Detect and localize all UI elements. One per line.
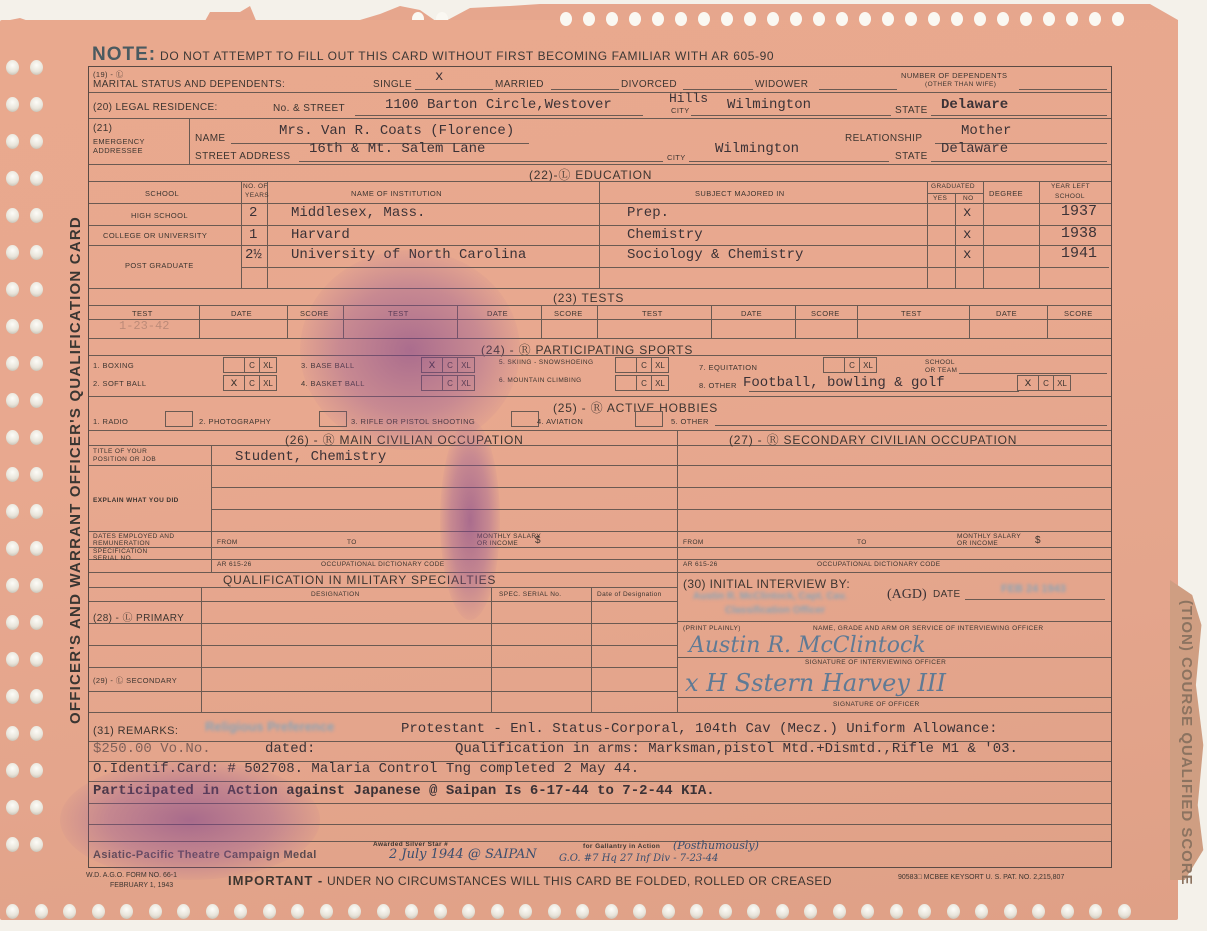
punch-hole	[63, 904, 76, 919]
col-year-left: YEAR LEFT	[1051, 183, 1090, 190]
dependents-label: NUMBER OF DEPENDENTS	[901, 71, 1007, 80]
col-graduated: GRADUATED	[931, 183, 975, 190]
sport-checkbox[interactable]: CXL	[421, 375, 475, 391]
hobby-checkbox[interactable]	[635, 411, 663, 427]
punch-hole	[1089, 12, 1101, 26]
emergency-street-label: STREET ADDRESS	[195, 151, 290, 162]
addressee-label: ADDRESSEE	[93, 146, 143, 155]
punch-hole	[859, 12, 871, 26]
punch-hole	[206, 904, 219, 919]
hobby-label: 1. RADIO	[93, 417, 128, 426]
emergency-row: (21) EMERGENCY ADDRESSEE NAME Mrs. Van R…	[89, 119, 1111, 165]
class-xl[interactable]: XL	[457, 376, 474, 390]
from-label: FROM	[217, 539, 238, 546]
single-label: SINGLE	[373, 79, 412, 90]
school-level: COLLEGE OR UNIVERSITY	[103, 231, 207, 240]
punch-hole	[6, 356, 19, 371]
punch-hole	[1089, 904, 1102, 919]
secondary-occupation-heading: (27) - Ⓡ SECONDARY CIVILIAN OCCUPATION	[729, 431, 1017, 448]
dictionary-code-label: OCCUPATIONAL DICTIONARY CODE	[817, 561, 941, 568]
punch-hole	[861, 904, 874, 919]
sport-mark[interactable]: x	[1018, 376, 1038, 390]
class-xl[interactable]: XL	[651, 376, 668, 390]
class-xl[interactable]: XL	[1053, 376, 1070, 390]
punch-hole	[30, 504, 43, 519]
graduated-no-mark: x	[963, 205, 971, 221]
punch-hole	[30, 726, 43, 741]
patent-notice: 90583□ MCBEE KEYSORT U. S. PAT. NO. 2,21…	[898, 874, 1064, 881]
punch-hole	[291, 904, 304, 919]
main-occupation-heading: (26) - Ⓡ MAIN CIVILIAN OCCUPATION	[285, 431, 524, 448]
col-yes: YES	[933, 195, 947, 202]
punch-hole	[30, 652, 43, 667]
punch-hole	[6, 430, 19, 445]
class-xl[interactable]: XL	[457, 358, 474, 372]
punch-hole	[6, 504, 19, 519]
form-number: W.D. A.G.O. FORM NO. 66-1	[86, 872, 177, 879]
military-heading: QUALIFICATION IN MILITARY SPECIALTIES	[223, 573, 496, 587]
year-left-value: 1938	[1061, 225, 1097, 242]
city-label: CITY	[671, 106, 690, 115]
sport-mark[interactable]	[422, 376, 442, 390]
emergency-state-value: Delaware	[941, 141, 1008, 157]
side-tab-text: (TION) COURSE QUALIFIED SCORE	[1178, 600, 1195, 886]
punch-hole	[6, 245, 19, 260]
test-col-header: TEST	[132, 309, 153, 318]
institution-value: University of North Carolina	[291, 247, 526, 263]
hobby-checkbox[interactable]	[319, 411, 347, 427]
punch-hole	[35, 904, 48, 919]
punch-hole	[30, 97, 43, 112]
punch-hole	[576, 904, 589, 919]
punch-hole	[583, 12, 595, 26]
serial-label: SERIAL NO.	[93, 555, 133, 562]
punch-hole	[1061, 904, 1074, 919]
agd-mark: (AGD)	[887, 587, 927, 603]
school-team-field[interactable]	[959, 363, 1107, 374]
sport-label: 4. BASKET BALL	[301, 379, 365, 388]
sport-checkbox[interactable]: xCXL	[223, 375, 277, 391]
punch-hole	[698, 12, 710, 26]
campaign-medal: Asiatic-Pacific Theatre Campaign Medal	[93, 849, 317, 861]
punch-hole	[6, 319, 19, 334]
punch-hole	[690, 904, 703, 919]
punch-hole	[629, 12, 641, 26]
emergency-name-value: Mrs. Van R. Coats (Florence)	[279, 123, 514, 139]
year-left-value: 1941	[1061, 245, 1097, 262]
punch-hole	[6, 60, 19, 75]
punch-hole	[92, 904, 105, 919]
remarks-line: O.Identif.Card: # 502708. Malaria Contro…	[93, 761, 639, 777]
note-label: NOTE:	[92, 44, 156, 65]
ar-label: AR 615-26	[683, 561, 718, 568]
job-title-value: Student, Chemistry	[235, 449, 386, 465]
punch-hole	[744, 12, 756, 26]
punch-hole	[30, 615, 43, 630]
explain-label: EXPLAIN WHAT YOU DID	[93, 497, 179, 504]
salary-label: MONTHLY SALARY	[957, 533, 1021, 540]
punch-hole	[1112, 12, 1124, 26]
dictionary-code-label: OCCUPATIONAL DICTIONARY CODE	[321, 561, 445, 568]
col-institution: NAME OF INSTITUTION	[351, 189, 442, 198]
punch-hole	[519, 904, 532, 919]
single-field[interactable]	[415, 77, 493, 90]
punch-hole	[6, 171, 19, 186]
punch-hole	[30, 319, 43, 334]
sport-mark[interactable]	[616, 376, 636, 390]
col-subject: SUBJECT MAJORED IN	[695, 189, 785, 198]
single-value: x	[435, 69, 443, 85]
relationship-value: Mother	[961, 123, 1011, 139]
punch-hole	[975, 904, 988, 919]
punch-hole	[747, 904, 760, 919]
class-xl[interactable]: XL	[259, 358, 276, 372]
remarks-line-kia: Participated in Action against Japanese …	[93, 783, 715, 799]
education-section: (22)-Ⓛ EDUCATION SCHOOL NO. OF YEARS NAM…	[89, 165, 1111, 289]
punch-hole	[997, 12, 1009, 26]
school-level: POST GRADUATE	[125, 261, 194, 270]
marital-row: (19) - Ⓛ MARITAL STATUS AND DEPENDENTS: …	[89, 67, 1111, 93]
punch-hole	[30, 763, 43, 778]
punch-hole	[6, 726, 19, 741]
punch-hole	[30, 171, 43, 186]
test-col-header: SCORE	[554, 309, 583, 318]
punch-hole	[675, 12, 687, 26]
punch-hole	[120, 904, 133, 919]
city-value: Wilmington	[727, 97, 811, 113]
remarks-line: Qualification in arms: Marksman,pistol M…	[455, 741, 1018, 757]
sport-checkbox[interactable]: CXL	[223, 357, 277, 373]
test-col-header: SCORE	[1064, 309, 1093, 318]
punch-hole	[662, 904, 675, 919]
years-value: 2½	[245, 247, 262, 263]
punch-hole	[836, 12, 848, 26]
class-c[interactable]: C	[844, 358, 859, 372]
divorced-label: DIVORCED	[621, 79, 677, 90]
class-c[interactable]: C	[442, 358, 457, 372]
ar-label: AR 615-26	[217, 561, 252, 568]
subject-value: Prep.	[627, 205, 669, 221]
sport-label: 3. BASE BALL	[301, 361, 355, 370]
interviewer-signature-label: SIGNATURE OF INTERVIEWING OFFICER	[805, 659, 946, 666]
punch-hole	[234, 904, 247, 919]
class-c[interactable]: C	[244, 358, 259, 372]
punch-hole	[890, 904, 903, 919]
military-interview-section: QUALIFICATION IN MILITARY SPECIALTIES DE…	[89, 573, 1111, 713]
to-label: TO	[347, 539, 357, 546]
sport-label: 6. MOUNTAIN CLIMBING	[499, 377, 582, 384]
emergency-state-label: STATE	[895, 151, 928, 162]
dollar-sign: $	[535, 535, 541, 546]
marital-label: MARITAL STATUS AND DEPENDENTS:	[93, 79, 285, 90]
emergency-city-label: CITY	[667, 153, 686, 162]
class-c[interactable]: C	[1038, 376, 1053, 390]
interview-heading: (30) INITIAL INTERVIEW BY:	[683, 577, 850, 591]
hobby-label: 5. OTHER	[671, 417, 709, 426]
sports-section: (24) - Ⓡ PARTICIPATING SPORTS 1. BOXINGC…	[89, 339, 1111, 397]
punch-hole	[377, 904, 390, 919]
test-col-header: DATE	[487, 309, 508, 318]
punch-hole	[947, 904, 960, 919]
punch-hole	[6, 578, 19, 593]
divorced-field[interactable]	[683, 77, 753, 90]
widower-field[interactable]	[819, 77, 897, 90]
punch-hole	[6, 541, 19, 556]
dependents-sublabel: (OTHER THAN WIFE)	[925, 81, 996, 88]
secondary-label: (29) - Ⓛ SECONDARY	[93, 675, 177, 686]
remuneration-label: REMUNERATION	[93, 540, 150, 547]
punch-hole	[1004, 904, 1017, 919]
col-date-designation: Date of Designation	[597, 591, 662, 598]
punch-hole	[434, 904, 447, 919]
print-plainly-label: (PRINT PLAINLY)	[683, 625, 741, 632]
punch-hole	[263, 904, 276, 919]
col-year-left-2: SCHOOL	[1055, 193, 1085, 200]
class-c[interactable]: C	[636, 376, 651, 390]
punch-hole	[30, 430, 43, 445]
relationship-label: RELATIONSHIP	[845, 133, 922, 144]
interviewer-signature: Austin R. McClintock	[689, 633, 926, 658]
class-c[interactable]: C	[636, 358, 651, 372]
punch-hole	[1066, 12, 1078, 26]
graduated-no-mark: x	[963, 227, 971, 243]
name-label: NAME	[195, 133, 226, 144]
title-label: TITLE OF YOUR	[93, 448, 147, 455]
test-col-header: SCORE	[300, 309, 329, 318]
emergency-label: EMERGENCY	[93, 137, 145, 146]
state-label: STATE	[895, 105, 928, 116]
punch-hole	[548, 904, 561, 919]
col-degree: DEGREE	[989, 189, 1023, 198]
punch-hole	[30, 134, 43, 149]
punch-hole	[177, 904, 190, 919]
punch-hole	[833, 904, 846, 919]
hobby-checkbox[interactable]	[511, 411, 539, 427]
hobby-label: 4. AVIATION	[537, 417, 583, 426]
street-label: No. & STREET	[273, 103, 345, 114]
punch-hole	[790, 12, 802, 26]
sport-mark[interactable]	[824, 358, 844, 372]
col-spec-serial: SPEC. SERIAL No.	[499, 591, 562, 598]
sport-checkbox[interactable]: xCXL	[421, 357, 475, 373]
sport-checkbox[interactable]: CXL	[615, 357, 669, 373]
officer-signature: x H Sstern Harvey III	[685, 669, 946, 697]
dates-label: DATES EMPLOYED AND	[93, 533, 175, 540]
punch-hole	[30, 356, 43, 371]
punch-hole	[320, 904, 333, 919]
test-col-header: DATE	[741, 309, 762, 318]
punch-hole	[462, 904, 475, 919]
punch-hole	[30, 837, 43, 852]
tests-heading: (23) TESTS	[553, 291, 624, 305]
institution-value: Middlesex, Mass.	[291, 205, 425, 221]
punch-hole	[30, 541, 43, 556]
date-label: DATE	[933, 589, 961, 600]
punch-hole	[974, 12, 986, 26]
sport-checkbox[interactable]: xCXL	[1017, 375, 1071, 391]
residence-label: (20) LEGAL RESIDENCE:	[93, 102, 218, 113]
remarks-line: Protestant - Enl. Status-Corporal, 104th…	[401, 721, 998, 737]
faint-test-date: 1-23-42	[119, 319, 169, 333]
note-text: DO NOT ATTEMPT TO FILL OUT THIS CARD WIT…	[160, 49, 774, 63]
interview-date-value: FEB 24 1943	[1001, 583, 1066, 595]
from-label: FROM	[683, 539, 704, 546]
class-xl[interactable]: XL	[259, 376, 276, 390]
punch-hole	[776, 904, 789, 919]
test-col-header: TEST	[642, 309, 663, 318]
general-order-ref: G.O. #7 Hq 27 Inf Div - 7-23-44	[559, 853, 718, 864]
punch-hole	[719, 904, 732, 919]
salary-label-2: OR INCOME	[957, 540, 998, 547]
punch-hole	[30, 578, 43, 593]
class-c[interactable]: C	[244, 376, 259, 390]
form-grid: (19) - Ⓛ MARITAL STATUS AND DEPENDENTS: …	[88, 66, 1112, 868]
punch-hole	[605, 904, 618, 919]
primary-label: (28) - Ⓛ PRIMARY	[93, 609, 184, 624]
punch-hole	[491, 904, 504, 919]
important-text: UNDER NO CIRCUMSTANCES WILL THIS CARD BE…	[327, 874, 832, 888]
subject-value: Sociology & Chemistry	[627, 247, 803, 263]
sport-label: 2. SOFT BALL	[93, 379, 146, 388]
uniform-allowance-value: $250.00 Vo.No.	[93, 741, 211, 757]
punch-hole	[6, 467, 19, 482]
punch-hole	[6, 837, 19, 852]
col-years: NO. OF	[243, 183, 268, 190]
form-date: FEBRUARY 1, 1943	[110, 882, 173, 889]
emergency-street-value: 16th & Mt. Salem Lane	[309, 141, 485, 157]
name-grade-label: NAME, GRADE AND ARM OR SERVICE OF INTERV…	[813, 625, 1043, 632]
class-c[interactable]: C	[442, 376, 457, 390]
field-number: (21)	[93, 123, 112, 134]
punch-hole	[560, 12, 572, 26]
tests-section: (23) TESTS TESTDATESCORETESTDATESCORETES…	[89, 289, 1111, 339]
hobbies-section: (25) - Ⓡ ACTIVE HOBBIES 1. RADIO2. PHOTO…	[89, 397, 1111, 431]
punch-hole	[721, 12, 733, 26]
silver-star-value: 2 July 1944 @ SAIPAN	[389, 847, 537, 862]
punch-hole	[149, 904, 162, 919]
punch-hole	[1032, 904, 1045, 919]
title-label-2: POSITION OR JOB	[93, 456, 156, 463]
graduated-no-mark: x	[963, 247, 971, 263]
subject-value: Chemistry	[627, 227, 703, 243]
school-level: HIGH SCHOOL	[131, 211, 188, 220]
hobby-label: 2. PHOTOGRAPHY	[199, 417, 271, 426]
emergency-city-value: Wilmington	[715, 141, 799, 157]
interviewer-stamp-title: Classification Officer	[725, 605, 825, 616]
punch-hole	[905, 12, 917, 26]
punch-hole	[1020, 12, 1032, 26]
spec-label: SPECIFICATION	[93, 548, 148, 555]
punch-hole	[405, 904, 418, 919]
punch-hole	[348, 904, 361, 919]
officer-signature-label: SIGNATURE OF OFFICER	[833, 701, 920, 708]
gallantry-label: for Gallantry in Action	[583, 843, 660, 850]
test-col-header: DATE	[231, 309, 252, 318]
punch-hole	[652, 12, 664, 26]
punch-hole	[6, 208, 19, 223]
sport-mark[interactable]: x	[224, 376, 244, 390]
punch-hole	[6, 689, 19, 704]
dated-label: dated:	[265, 741, 315, 757]
institution-value: Harvard	[291, 227, 350, 243]
punch-hole	[6, 800, 19, 815]
school-team-label-2: OR TEAM	[925, 367, 957, 374]
note-banner: NOTE: DO NOT ATTEMPT TO FILL OUT THIS CA…	[92, 44, 774, 66]
punch-hole	[6, 282, 19, 297]
dependents-field[interactable]	[1019, 77, 1107, 90]
punch-hole	[30, 245, 43, 260]
class-xl[interactable]: XL	[859, 358, 876, 372]
years-value: 2	[249, 205, 257, 221]
other-hobby-field[interactable]	[715, 415, 1107, 426]
punch-hole	[30, 689, 43, 704]
sport-label: 5. SKIING - SNOWSHOEING	[499, 359, 593, 366]
sport-checkbox[interactable]: CXL	[615, 375, 669, 391]
punch-hole	[813, 12, 825, 26]
sport-mark[interactable]	[616, 358, 636, 372]
punch-hole	[30, 282, 43, 297]
year-left-value: 1937	[1061, 203, 1097, 220]
dollar-sign: $	[1035, 535, 1041, 546]
state-value: Delaware	[941, 97, 1008, 113]
sport-label: 8. OTHER	[699, 381, 737, 390]
important-notice: IMPORTANT - UNDER NO CIRCUMSTANCES WILL …	[228, 873, 832, 888]
sport-mark[interactable]	[224, 358, 244, 372]
punch-hole	[30, 800, 43, 815]
punch-hole	[928, 12, 940, 26]
punch-hole	[918, 904, 931, 919]
occupation-section: (26) - Ⓡ MAIN CIVILIAN OCCUPATION (27) -…	[89, 431, 1111, 573]
to-label: TO	[857, 539, 867, 546]
remarks-label: (31) REMARKS:	[93, 725, 178, 737]
test-col-header: TEST	[388, 309, 409, 318]
residence-row: (20) LEGAL RESIDENCE: No. & STREET 1100 …	[89, 93, 1111, 119]
years-value: 1	[249, 227, 257, 243]
gallantry-value: (Posthumously)	[673, 839, 759, 852]
punch-hole	[6, 763, 19, 778]
interviewer-stamp: Austin R. McClintock, Capt. Cav.	[693, 591, 847, 602]
punch-hole	[767, 12, 779, 26]
school-team-label: SCHOOL	[925, 359, 955, 366]
other-sport-value: Football, bowling & golf	[743, 375, 945, 391]
hobby-label: 3. RIFLE OR PISTOL SHOOTING	[351, 417, 475, 426]
punch-hole	[6, 904, 19, 919]
sport-label: 7. EQUITATION	[699, 363, 757, 372]
hobby-checkbox[interactable]	[165, 411, 193, 427]
married-field[interactable]	[551, 77, 619, 90]
remarks-section: (31) REMARKS: Religious Preference Prote…	[89, 713, 1111, 825]
col-years-2: YEARS	[245, 192, 269, 199]
punch-hole	[1043, 12, 1055, 26]
sport-checkbox[interactable]: CXL	[823, 357, 877, 373]
punch-hole	[6, 652, 19, 667]
punch-hole	[30, 208, 43, 223]
test-col-header: DATE	[996, 309, 1017, 318]
salary-label: MONTHLY SALARY	[477, 533, 541, 540]
street-value: 1100 Barton Circle,Westover	[385, 97, 612, 113]
test-col-header: SCORE	[811, 309, 840, 318]
punch-hole	[30, 60, 43, 75]
punch-hole	[6, 134, 19, 149]
punch-hole	[1118, 904, 1131, 919]
important-label: IMPORTANT -	[228, 873, 323, 888]
col-no: NO	[963, 195, 974, 202]
col-school: SCHOOL	[145, 189, 179, 198]
class-xl[interactable]: XL	[651, 358, 668, 372]
sport-mark[interactable]: x	[422, 358, 442, 372]
col-designation: DESIGNATION	[311, 591, 360, 598]
religious-preference-stamp: Religious Preference	[205, 719, 334, 734]
